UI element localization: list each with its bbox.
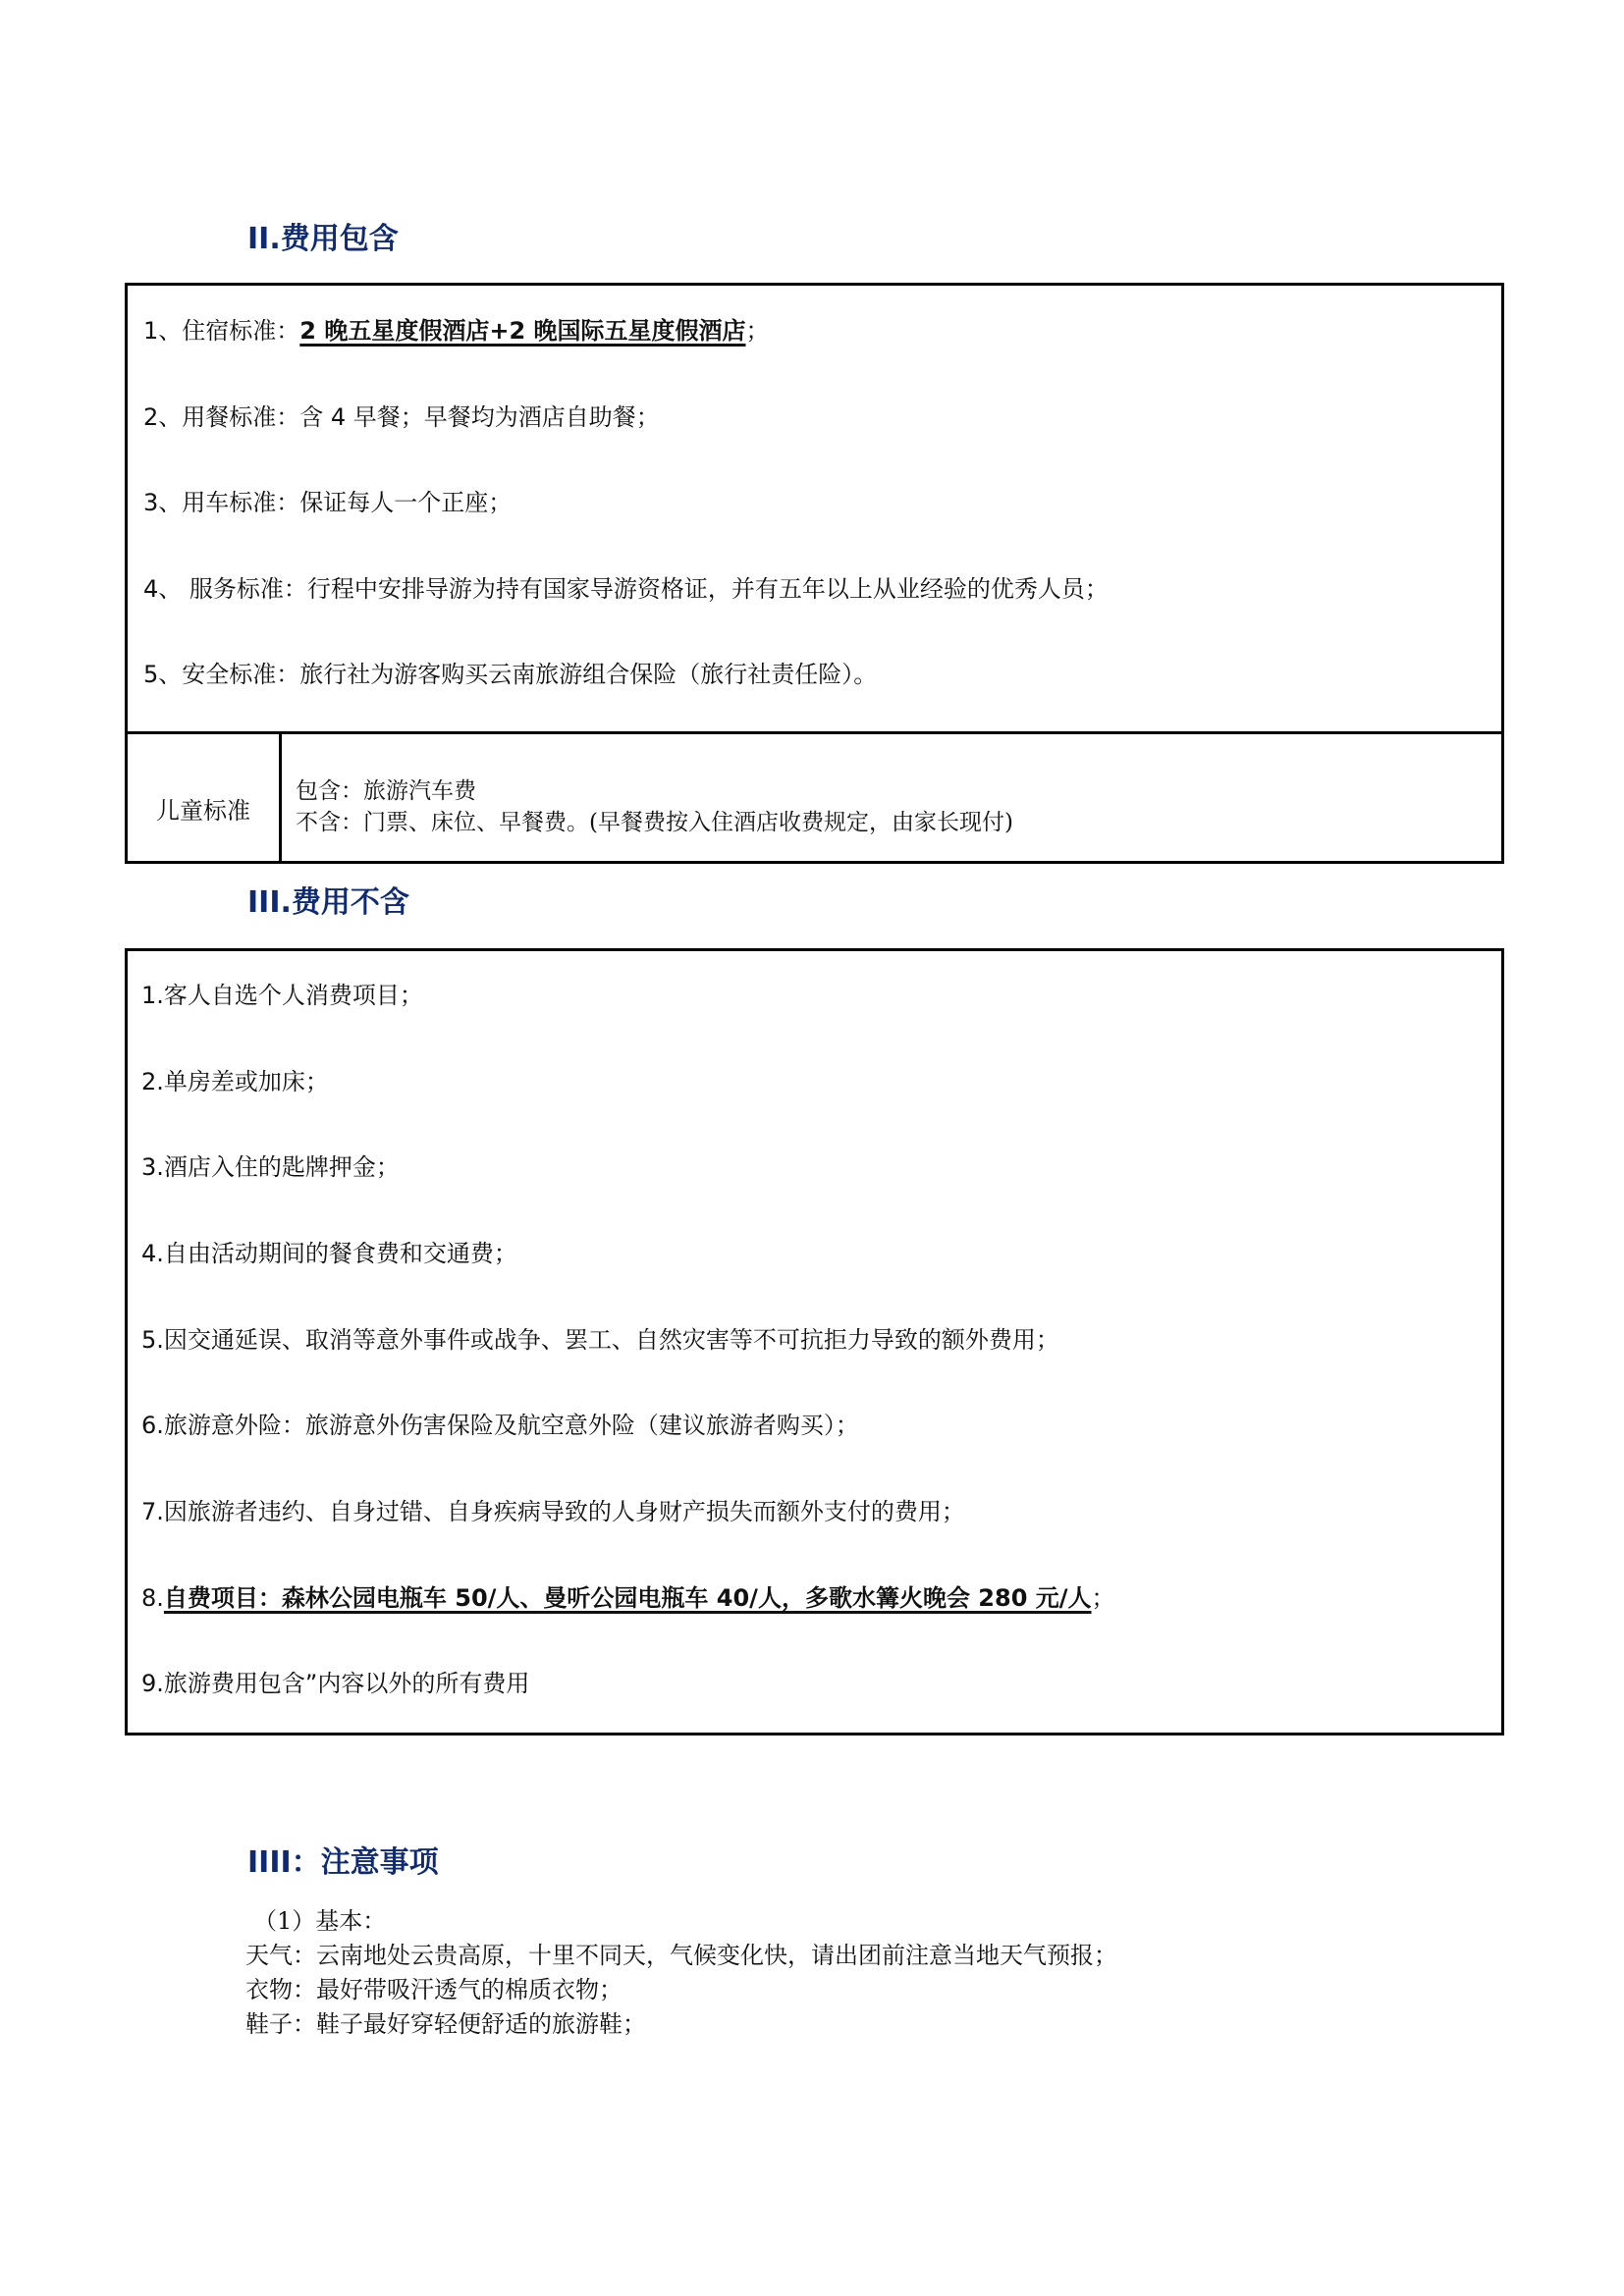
excluded-item-2: 2.单房差或加床；	[141, 1066, 329, 1097]
excluded-item-5: 5.因交通延误、取消等意外事件或战争、罢工、自然灾害等不可抗拒力导致的额外费用；	[141, 1324, 1059, 1356]
included-item-1: 1、住宿标准：2 晚五星度假酒店+2 晚国际五星度假酒店；	[143, 315, 770, 347]
excluded-item-3: 3.酒店入住的匙牌押金；	[141, 1151, 400, 1183]
excluded-item-1: 1.客人自选个人消费项目；	[141, 980, 423, 1011]
excluded-item-8: 8.自费项目：森林公园电瓶车 50/人、曼听公园电瓶车 40/人，多歌水篝火晚会…	[141, 1582, 1115, 1614]
section-heading-notes: IIII：注意事项	[247, 1845, 439, 1881]
child-included: 包含：旅游汽车费	[296, 775, 1013, 807]
excluded-item-9: 9.旅游费用包含”内容以外的所有费用	[141, 1668, 529, 1699]
notes-line-shoes: 鞋子：鞋子最好穿轻便舒适的旅游鞋；	[245, 2007, 1117, 2042]
included-item-3: 3、用车标准：保证每人一个正座；	[143, 487, 512, 518]
section-heading-excluded: III.费用不含	[247, 885, 409, 921]
section-heading-included: II.费用包含	[247, 222, 399, 257]
excluded-item-7: 7.因旅游者违约、自身过错、自身疾病导致的人身财产损失而额外支付的费用；	[141, 1496, 965, 1527]
child-standard-label: 儿童标准	[128, 734, 282, 864]
included-box: 1、住宿标准：2 晚五星度假酒店+2 晚国际五星度假酒店； 2、用餐标准：含 4…	[125, 283, 1504, 864]
excluded-item-6: 6.旅游意外险：旅游意外伤害保险及航空意外险（建议旅游者购买）；	[141, 1410, 859, 1441]
child-standard-content: 包含：旅游汽车费 不含：门票、床位、早餐费。(早餐费按入住酒店收费规定，由家长现…	[282, 734, 1013, 864]
accommodation-highlight: 2 晚五星度假酒店+2 晚国际五星度假酒店	[299, 317, 745, 345]
notes-line-weather: 天气：云南地处云贵高原，十里不同天，气候变化快，请出团前注意当地天气预报；	[245, 1939, 1117, 1973]
child-excluded: 不含：门票、床位、早餐费。(早餐费按入住酒店收费规定，由家长现付)	[296, 807, 1013, 838]
notes-list: （1）基本： 天气：云南地处云贵高原，十里不同天，气候变化快，请出团前注意当地天…	[245, 1904, 1117, 2042]
excluded-box: 1.客人自选个人消费项目； 2.单房差或加床； 3.酒店入住的匙牌押金； 4.自…	[125, 948, 1504, 1735]
notes-line-clothing: 衣物：最好带吸汗透气的棉质衣物；	[245, 1973, 1117, 2007]
notes-subheading-basic: （1）基本：	[245, 1904, 1117, 1939]
child-standard-row: 儿童标准 包含：旅游汽车费 不含：门票、床位、早餐费。(早餐费按入住酒店收费规定…	[128, 731, 1501, 864]
included-item-5: 5、安全标准：旅行社为游客购买云南旅游组合保险（旅行社责任险）。	[143, 659, 877, 690]
excluded-item-4: 4.自由活动期间的餐食费和交通费；	[141, 1238, 517, 1269]
included-item-4: 4、 服务标准：行程中安排导游为持有国家导游资格证，并有五年以上从业经验的优秀人…	[143, 573, 1109, 605]
included-item-2: 2、用餐标准：含 4 早餐；早餐均为酒店自助餐；	[143, 401, 660, 433]
optional-activities-highlight: 自费项目：森林公园电瓶车 50/人、曼听公园电瓶车 40/人，多歌水篝火晚会 2…	[164, 1584, 1092, 1612]
